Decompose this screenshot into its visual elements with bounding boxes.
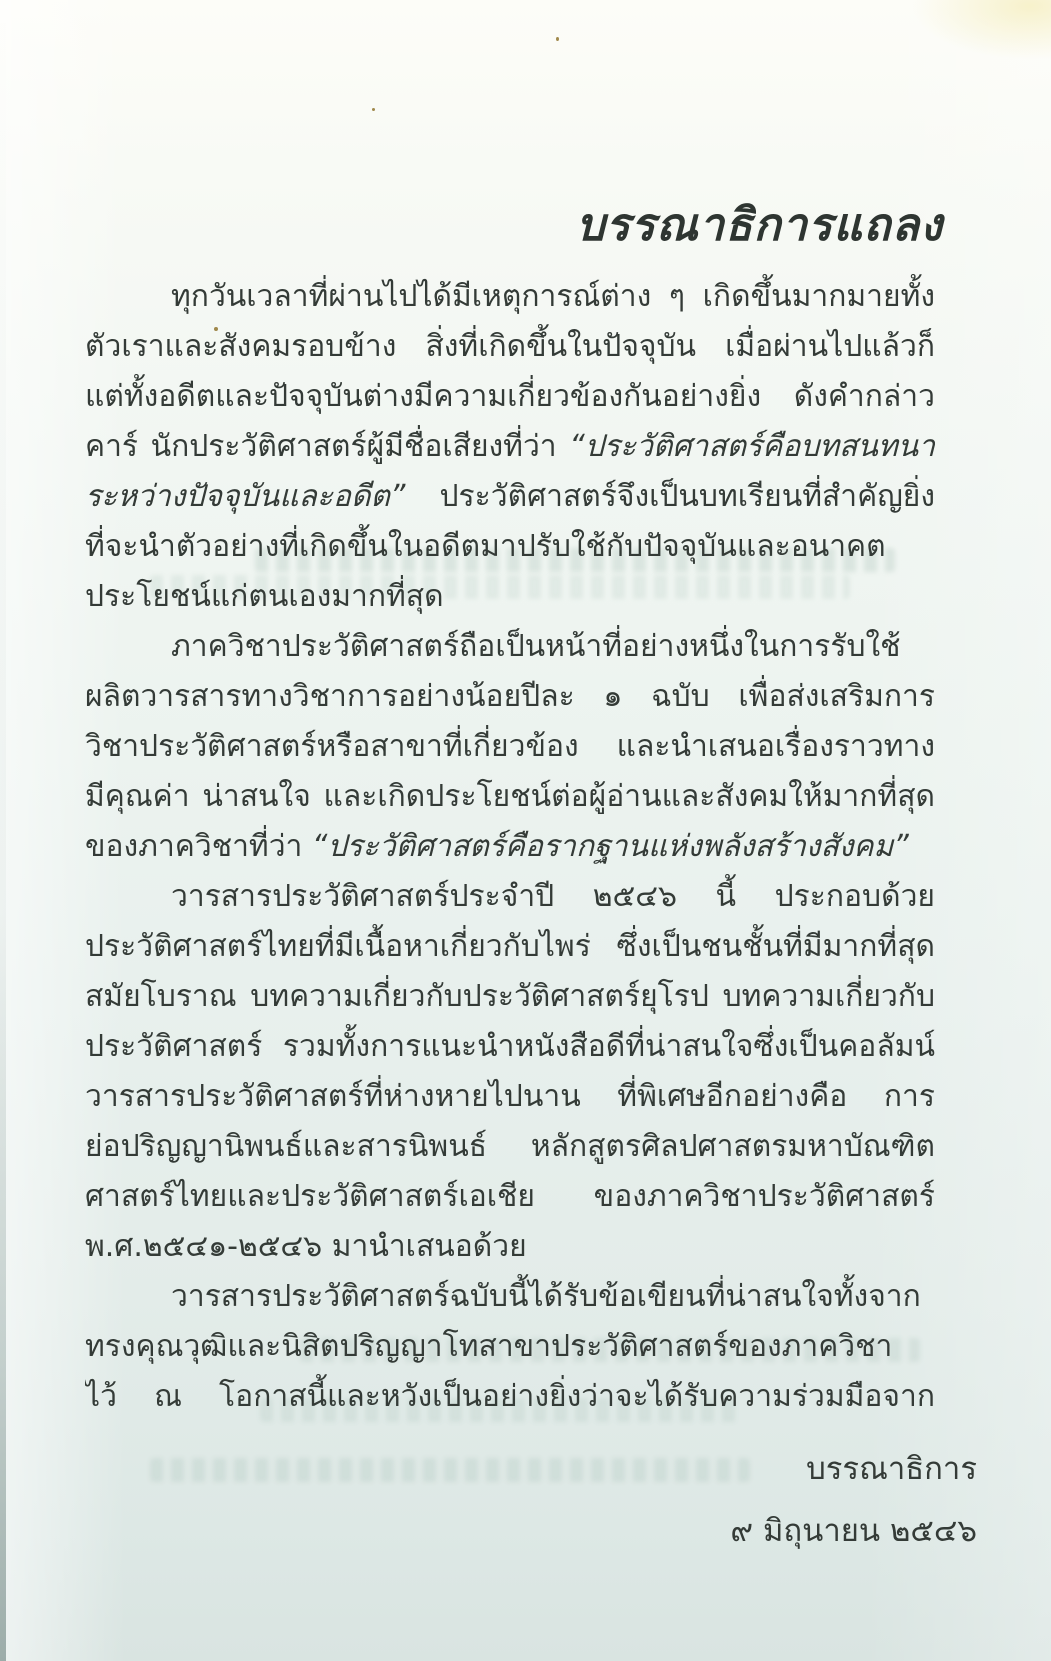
text-line: ไว้ ณ โอกาสนี้และหวังเป็นอย่างยิ่งว่าจะไ… (85, 1372, 935, 1422)
text-line: ย่อปริญญานิพนธ์และสารนิพนธ์ หลักสูตรศิลป… (85, 1122, 935, 1172)
text-run: วารสารประวัติศาสตร์ที่ห่างหายไปนาน ที่พิ… (85, 1079, 935, 1122)
text-line: ประโยชน์แก่ตนเองมากที่สุด (85, 572, 935, 622)
text-line: ศาสตร์ไทยและประวัติศาสตร์เอเชีย ของภาควิ… (85, 1172, 935, 1222)
text-run: ทรงคุณวุฒิและนิสิตปริญญาโทสาขาประวัติศาส… (85, 1329, 892, 1372)
text-run: ผลิตวารสารทางวิชาการอย่างน้อยปีละ ๑ ฉบับ… (85, 679, 935, 722)
paper-corner-tint (911, 0, 1051, 60)
paragraph-3: วารสารประวัติศาสตร์ประจำปี ๒๕๔๖ นี้ ประก… (85, 872, 935, 1272)
text-run: ไว้ ณ โอกาสนี้และหวังเป็นอย่างยิ่งว่าจะไ… (85, 1379, 935, 1422)
text-run: ประโยชน์แก่ตนเองมากที่สุด (85, 579, 444, 614)
scanned-journal-page: บรรณาธิการแถลง ทุกวันเวลาที่ผ่านไปได้มีเ… (0, 0, 1051, 1661)
text-run: คาร์ นักประวัติศาสตร์ผู้มีชื่อเสียงที่ว่… (85, 429, 569, 464)
text-line: ของภาควิชาที่ว่า “ประวัติศาสตร์คือรากฐาน… (85, 822, 935, 872)
text-run: ประวัติศาสตร์ รวมทั้งการแนะนำหนังสือดีที… (85, 1029, 935, 1072)
text-line: ตัวเราและสังคมรอบข้าง สิ่งที่เกิดขึ้นในป… (85, 322, 935, 372)
text-line: สมัยโบราณ บทความเกี่ยวกับประวัติศาสตร์ยุ… (85, 972, 935, 1022)
text-run: ศาสตร์ไทยและประวัติศาสตร์เอเชีย ของภาควิ… (85, 1179, 935, 1222)
text-run: ของภาควิชาที่ว่า (85, 829, 312, 864)
text-line: ประวัติศาสตร์ไทยที่มีเนื้อหาเกี่ยวกับไพร… (85, 922, 935, 972)
text-run: ทุกวันเวลาที่ผ่านไปได้มีเหตุการณ์ต่าง ๆ … (85, 279, 935, 322)
text-line: มีคุณค่า น่าสนใจ และเกิดประโยชน์ต่อผู้อ่… (85, 772, 935, 822)
text-line: วิชาประวัติศาสตร์หรือสาขาที่เกี่ยวข้อง แ… (85, 722, 935, 772)
date-line: ๙ มิถุนายน ๒๕๔๖ (730, 1500, 977, 1562)
text-run: ภาควิชาประวัติศาสตร์ถือเป็นหน้าที่อย่างห… (85, 629, 935, 672)
paragraph-2: ภาควิชาประวัติศาสตร์ถือเป็นหน้าที่อย่างห… (85, 622, 935, 872)
text-line: ประวัติศาสตร์ รวมทั้งการแนะนำหนังสือดีที… (85, 1022, 935, 1072)
text-line: ทรงคุณวุฒิและนิสิตปริญญาโทสาขาประวัติศาส… (85, 1322, 935, 1372)
signature-line: บรรณาธิการ (730, 1438, 977, 1500)
text-run: สมัยโบราณ บทความเกี่ยวกับประวัติศาสตร์ยุ… (85, 979, 935, 1022)
book-spine-edge (0, 0, 6, 1661)
text-line: วารสารประวัติศาสตร์ประจำปี ๒๕๔๖ นี้ ประก… (85, 872, 935, 922)
text-run: ประวัติศาสตร์ไทยที่มีเนื้อหาเกี่ยวกับไพร… (85, 929, 935, 972)
text-run: ที่จะนำตัวอย่างที่เกิดขึ้นในอดีตมาปรับใช… (85, 529, 886, 572)
text-run: วิชาประวัติศาสตร์หรือสาขาที่เกี่ยวข้อง แ… (85, 729, 935, 772)
text-line: วารสารประวัติศาสตร์ฉบับนี้ได้รับข้อเขียน… (85, 1272, 935, 1322)
text-line: ระหว่างปัจจุบันและอดีต” ประวัติศาสตร์จึง… (85, 472, 935, 522)
bleed-through-text (150, 1458, 750, 1482)
text-line: วารสารประวัติศาสตร์ที่ห่างหายไปนาน ที่พิ… (85, 1072, 935, 1122)
page-title: บรรณาธิการแถลง (576, 188, 943, 260)
text-line: คาร์ นักประวัติศาสตร์ผู้มีชื่อเสียงที่ว่… (85, 422, 935, 472)
text-line: ที่จะนำตัวอย่างที่เกิดขึ้นในอดีตมาปรับใช… (85, 522, 935, 572)
quoted-italic-run: “ประวัติศาสตร์คือรากฐานแห่งพลังสร้างสังค… (312, 829, 909, 864)
paragraph-4: วารสารประวัติศาสตร์ฉบับนี้ได้รับข้อเขียน… (85, 1272, 935, 1422)
text-run: พ.ศ.๒๕๔๑-๒๕๔๖ มานำเสนอด้วย (85, 1229, 527, 1264)
paragraph-1: ทุกวันเวลาที่ผ่านไปได้มีเหตุการณ์ต่าง ๆ … (85, 272, 935, 622)
paragraphs: ทุกวันเวลาที่ผ่านไปได้มีเหตุการณ์ต่าง ๆ … (85, 272, 935, 1422)
text-line: ทุกวันเวลาที่ผ่านไปได้มีเหตุการณ์ต่าง ๆ … (85, 272, 935, 322)
scan-speck (556, 37, 559, 41)
text-run: ย่อปริญญานิพนธ์และสารนิพนธ์ หลักสูตรศิลป… (85, 1129, 935, 1172)
text-run: แต่ทั้งอดีตและปัจจุบันต่างมีความเกี่ยวข้… (85, 379, 935, 422)
text-run: วารสารประวัติศาสตร์ฉบับนี้ได้รับข้อเขียน… (85, 1279, 921, 1322)
scan-speck (372, 108, 375, 111)
text-line: ภาควิชาประวัติศาสตร์ถือเป็นหน้าที่อย่างห… (85, 622, 935, 672)
text-run: มีคุณค่า น่าสนใจ และเกิดประโยชน์ต่อผู้อ่… (85, 779, 935, 822)
text-run: วารสารประวัติศาสตร์ประจำปี ๒๕๔๖ นี้ ประก… (85, 879, 935, 922)
text-line: ผลิตวารสารทางวิชาการอย่างน้อยปีละ ๑ ฉบับ… (85, 672, 935, 722)
text-line: แต่ทั้งอดีตและปัจจุบันต่างมีความเกี่ยวข้… (85, 372, 935, 422)
closing-block: บรรณาธิการ ๙ มิถุนายน ๒๕๔๖ (730, 1438, 977, 1562)
text-line: พ.ศ.๒๕๔๑-๒๕๔๖ มานำเสนอด้วย (85, 1222, 935, 1272)
text-run: ตัวเราและสังคมรอบข้าง สิ่งที่เกิดขึ้นในป… (85, 329, 935, 372)
quoted-italic-run: ระหว่างปัจจุบันและอดีต” (85, 479, 405, 514)
